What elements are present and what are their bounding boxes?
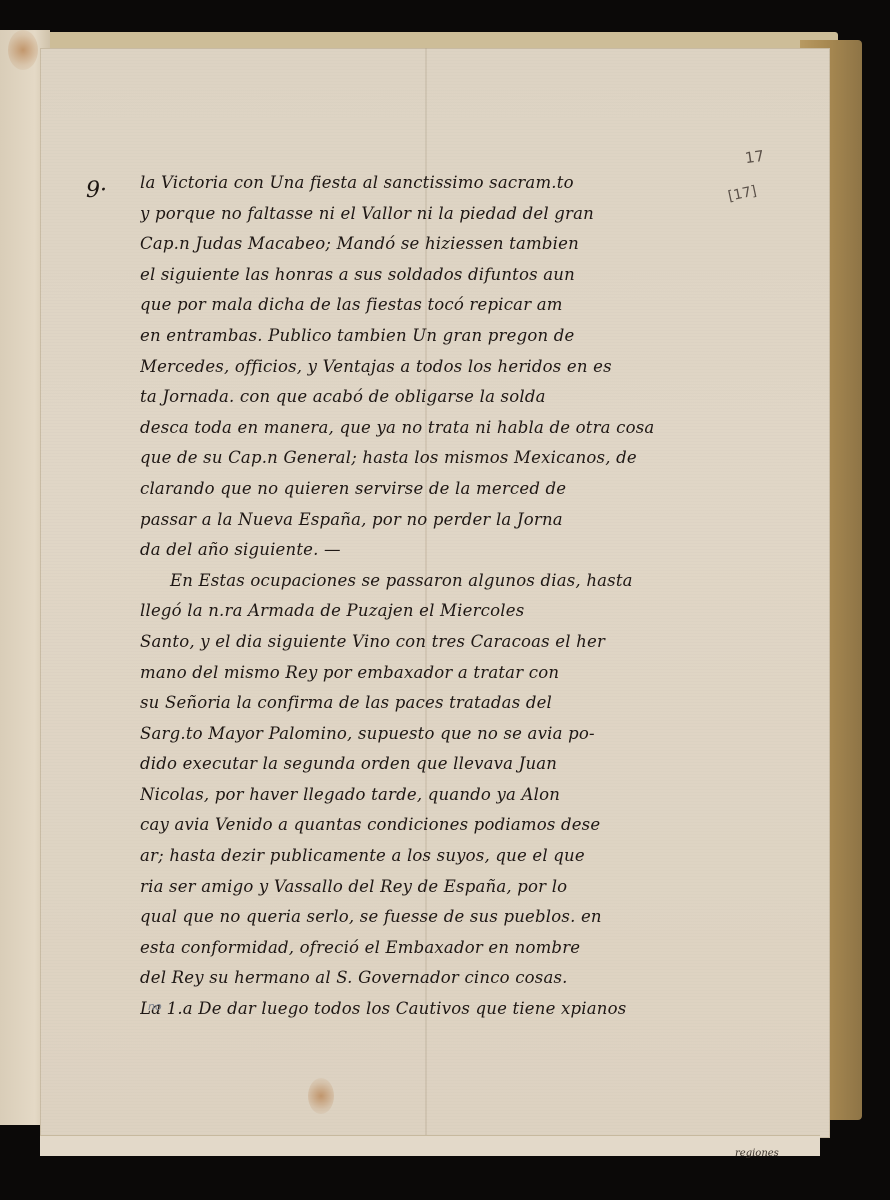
text-line: mano del mismo Rey por embaxador a trata… [140, 658, 720, 689]
folio-number: 9· [86, 178, 107, 203]
page-bottom-edge [40, 1135, 820, 1156]
ink-stain [308, 1078, 334, 1114]
text-line: ria ser amigo y Vassallo del Rey de Espa… [140, 872, 720, 903]
paragraph-start-line: En Estas ocupaciones se passaron algunos… [140, 566, 720, 597]
text-line: y porque no faltasse ni el Vallor ni la … [140, 199, 720, 230]
text-line: en entrambas. Publico tambien Un gran pr… [140, 321, 720, 352]
text-line: del Rey su hermano al S. Governador cinc… [140, 963, 720, 994]
archive-mark-bracketed: [17] [727, 183, 758, 205]
text-line: La 1.a De dar luego todos los Cautivos q… [140, 994, 720, 1025]
margin-pencil-note: no [148, 1000, 162, 1013]
text-line: qual que no queria serlo, se fuesse de s… [140, 902, 720, 933]
archive-mark: 17 [744, 147, 765, 167]
text-line: da del año siguiente. — [140, 535, 720, 566]
text-line: Mercedes, officios, y Ventajas a todos l… [140, 352, 720, 383]
corner-signature: regiones [735, 1148, 779, 1159]
text-line: Santo, y el dia siguiente Vino con tres … [140, 627, 720, 658]
text-line: esta conformidad, ofreció el Embaxador e… [140, 933, 720, 964]
text-line: ta Jornada. con que acabó de obligarse l… [140, 382, 720, 413]
text-line: Cap.n Judas Macabeo; Mandó se hiziessen … [140, 229, 720, 260]
text-line: Nicolas, por haver llegado tarde, quando… [140, 780, 720, 811]
text-line: la Victoria con Una fiesta al sanctissim… [140, 168, 720, 199]
text-line: desca toda en manera, que ya no trata ni… [140, 413, 720, 444]
text-line: que por mala dicha de las fiestas tocó r… [140, 290, 720, 321]
foxing-stain [8, 30, 38, 70]
text-line: cay avia Venido a quantas condiciones po… [140, 810, 720, 841]
text-line: llegó la n.ra Armada de Puzajen el Mierc… [140, 596, 720, 627]
text-line: clarando que no quieren servirse de la m… [140, 474, 720, 505]
text-line: ar; hasta dezir publicamente a los suyos… [140, 841, 720, 872]
handwritten-text: la Victoria con Una fiesta al sanctissim… [140, 168, 720, 1025]
text-line: passar a la Nueva España, por no perder … [140, 505, 720, 536]
text-line: dido executar la segunda orden que lleva… [140, 749, 720, 780]
text-line: Sarg.to Mayor Palomino, supuesto que no … [140, 719, 720, 750]
text-line: que de su Cap.n General; hasta los mismo… [140, 443, 720, 474]
text-line: su Señoria la confirma de las paces trat… [140, 688, 720, 719]
text-line: el siguiente las honras a sus soldados d… [140, 260, 720, 291]
